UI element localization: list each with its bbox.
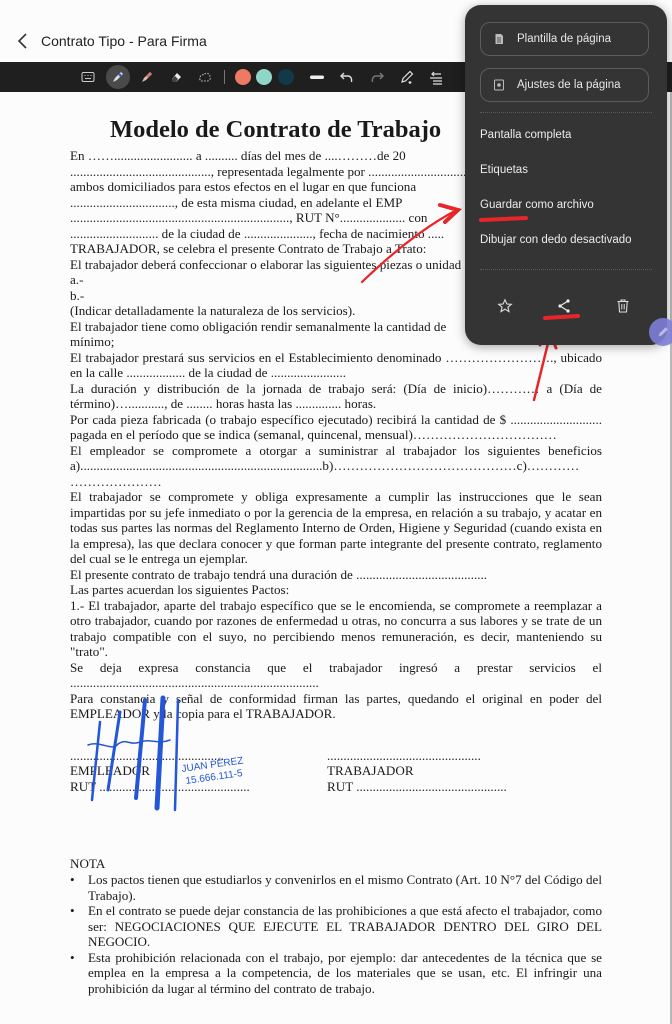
nota-item: Los pactos tienen que estudiarlos y conv…	[70, 872, 602, 903]
share-button[interactable]	[555, 297, 573, 315]
delete-button[interactable]	[614, 297, 632, 315]
employer-sign-line: ........................................…	[70, 748, 250, 764]
highlighter-icon	[139, 69, 155, 85]
text-align-icon	[428, 69, 444, 85]
pen-settings-icon	[399, 69, 415, 85]
floating-pen-button[interactable]	[649, 318, 672, 346]
chevron-left-icon	[14, 29, 32, 53]
worker-signature: ........................................…	[327, 748, 507, 795]
eraser-tool-button[interactable]	[165, 66, 187, 88]
menu-item-finger-drawing[interactable]: Dibujar con dedo desactivado	[480, 234, 632, 246]
highlighter-tool-button[interactable]	[136, 66, 158, 88]
page-template-label: Plantilla de página	[517, 33, 611, 45]
lasso-icon	[197, 69, 213, 85]
color-swatch-navy[interactable]	[278, 69, 294, 85]
text-align-button[interactable]	[425, 66, 447, 88]
pen-tool-button[interactable]	[106, 65, 130, 89]
contract-paragraph: El trabajador se compromete y obliga exp…	[70, 489, 602, 567]
page-template-button[interactable]: Plantilla de página	[480, 22, 649, 56]
worker-sign-line: ........................................…	[327, 748, 507, 764]
menu-item-fullscreen[interactable]: Pantalla completa	[480, 129, 571, 141]
undo-button[interactable]	[336, 66, 358, 88]
redo-button[interactable]	[366, 66, 388, 88]
keyboard-button[interactable]	[77, 66, 99, 88]
signature-block: ........................................…	[70, 748, 602, 818]
share-icon	[556, 298, 572, 314]
menu-item-save-as-file[interactable]: Guardar como archivo	[480, 199, 594, 211]
contract-paragraph: 1.- El trabajador, aparte del trabajo es…	[70, 598, 602, 660]
redo-icon	[369, 69, 385, 85]
contract-paragraph: Para constancia y señal de conformidad f…	[70, 691, 602, 722]
line-width-icon	[309, 69, 325, 85]
overflow-menu: Plantilla de página Ajustes de la página…	[465, 5, 667, 345]
nota-heading: NOTA	[70, 856, 602, 872]
page-settings-button[interactable]: Ajustes de la página	[480, 68, 649, 102]
page-template-icon	[493, 33, 505, 45]
pen-settings-button[interactable]	[396, 66, 418, 88]
color-swatch-coral[interactable]	[235, 69, 251, 85]
employer-signature: ........................................…	[70, 748, 250, 795]
eraser-icon	[168, 69, 184, 85]
menu-divider	[480, 269, 652, 270]
menu-divider	[480, 112, 652, 113]
pen-icon	[656, 325, 670, 339]
contract-body: El trabajador prestará sus servicios en …	[70, 350, 602, 722]
nota-item: Esta prohibición relacionada con el trab…	[70, 950, 602, 997]
worker-rut: RUT ....................................…	[327, 779, 507, 795]
contract-paragraph: Se deja expresa constancia que el trabaj…	[70, 660, 602, 691]
contract-paragraph: Por cada pieza fabricada (o trabajo espe…	[70, 412, 602, 443]
menu-item-tags[interactable]: Etiquetas	[480, 164, 528, 176]
nota-section: NOTA Los pactos tienen que estudiarlos y…	[70, 856, 602, 997]
worker-label: TRABAJADOR	[327, 763, 507, 779]
star-icon	[497, 298, 513, 314]
trash-icon	[615, 298, 631, 314]
contract-paragraph: La duración y distribución de la jornada…	[70, 381, 602, 412]
employer-label: EMPLEADOR	[70, 763, 250, 779]
undo-icon	[339, 69, 355, 85]
toolbar-divider	[224, 70, 225, 84]
favorite-button[interactable]	[496, 297, 514, 315]
lasso-tool-button[interactable]	[194, 66, 216, 88]
color-swatch-teal[interactable]	[256, 69, 272, 85]
back-button[interactable]	[14, 29, 32, 53]
nota-list: Los pactos tienen que estudiarlos y conv…	[70, 872, 602, 996]
contract-paragraph: Las partes acuerdan los siguientes Pacto…	[70, 582, 602, 598]
pen-icon	[110, 69, 126, 85]
contract-paragraph: El presente contrato de trabajo tendrá u…	[70, 567, 602, 583]
keyboard-icon	[80, 69, 96, 85]
page-settings-label: Ajustes de la página	[517, 79, 621, 91]
document-title: Contrato Tipo - Para Firma	[41, 33, 207, 49]
employer-rut: RUT ....................................…	[70, 779, 250, 795]
contract-paragraph: El empleador se compromete a otorgar a s…	[70, 443, 602, 490]
page-settings-icon	[493, 79, 505, 91]
contract-paragraph: El trabajador prestará sus servicios en …	[70, 350, 602, 381]
nota-item: En el contrato se puede dejar constancia…	[70, 903, 602, 950]
line-width-button[interactable]	[306, 66, 328, 88]
